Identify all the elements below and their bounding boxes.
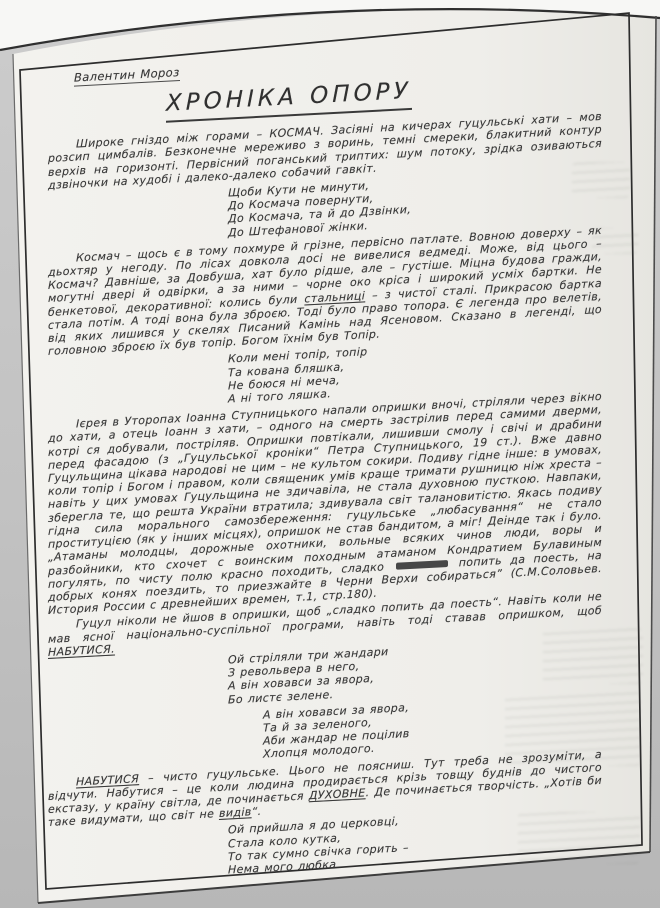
underlined-word: видів bbox=[219, 805, 252, 820]
paragraph-5-segment: “. bbox=[252, 805, 262, 819]
underlined-word: НАБУТИСЯ. bbox=[48, 642, 115, 659]
bleedthrough-artifact bbox=[592, 228, 638, 254]
paragraph-3: Ієрея в Уторопах Іоанна Ступницького нап… bbox=[48, 390, 602, 617]
page-title-text: ХРОНІКА ОПОРУ bbox=[166, 77, 412, 123]
bleedthrough-artifact bbox=[572, 162, 630, 198]
underlined-word: ДУХОВНЕ bbox=[309, 786, 366, 802]
bleedthrough-artifact bbox=[543, 628, 643, 684]
redacted-word bbox=[396, 560, 448, 570]
author-name: Валентин Мороз bbox=[74, 66, 180, 87]
scanned-page-photo: Валентин Мороз ХРОНІКА ОПОРУ Широке гніз… bbox=[0, 0, 660, 908]
bleedthrough-artifact bbox=[518, 812, 640, 864]
bleedthrough-artifact bbox=[505, 692, 641, 766]
